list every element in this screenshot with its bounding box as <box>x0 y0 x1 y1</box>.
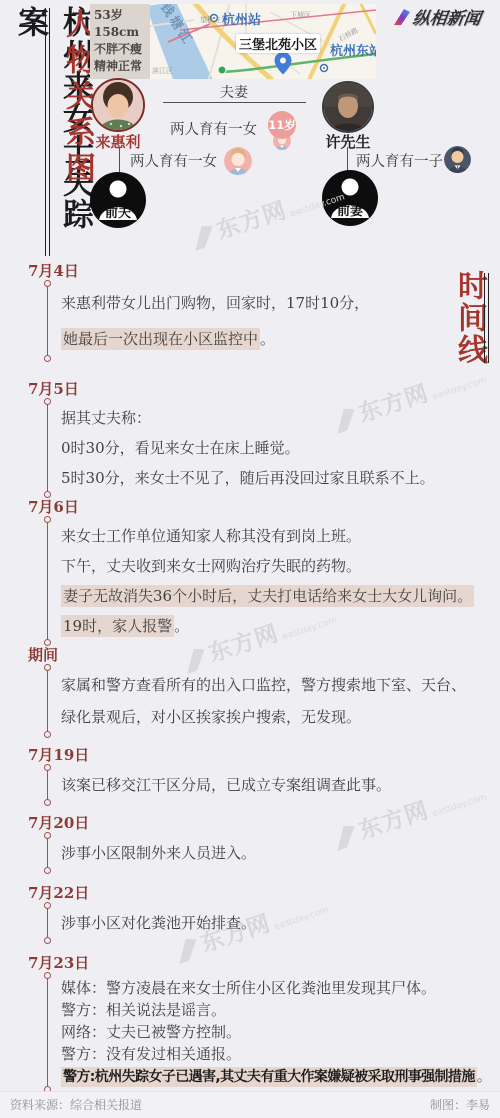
couple-connector-line <box>163 102 306 103</box>
timeline-rail <box>47 836 48 870</box>
timeline-dot-top <box>44 832 51 839</box>
timeline-text-line: 她最后一次出现在小区监控中。 <box>61 321 494 357</box>
profile-age: 53岁 <box>94 7 150 24</box>
timeline-dot-top <box>44 398 51 405</box>
timeline-text-line: 媒体：警方凌晨在来女士所住小区化粪池里发现其尸体。 <box>61 977 494 999</box>
ex-wife-label: 前妻 <box>337 203 364 219</box>
timeline-dot-top <box>44 902 51 909</box>
timeline-date: 7月19日 <box>28 744 481 764</box>
timeline-date: 7月4日 <box>28 260 481 280</box>
eastday-swoosh-icon <box>188 223 218 251</box>
timeline-text-line: 5时30分，来女士不见了，随后再没回过家且联系不上。 <box>61 463 494 493</box>
wife-ex-child-text: 两人育有一女 <box>130 150 217 171</box>
map-label-hangzhou-station: 杭州站 <box>222 9 261 28</box>
map-label-community: 三堡北苑小区 <box>236 34 320 53</box>
location-map: 钱塘江 望秋立交 杭州站 下城区 石桥路 三堡北苑小区 杭州东站 滨江区 <box>150 4 376 79</box>
timeline-date: 7月6日 <box>28 496 481 516</box>
timeline-events: 7月4日 来惠利带女儿出门购物，回家时，17时10分，她最后一次出现在小区监控中… <box>0 260 500 1091</box>
timeline-text-line: 警方:杭州失踪女子已遇害,其丈夫有重大作案嫌疑被采取刑事强制措施。 <box>61 1065 494 1088</box>
husband-ex-child-text: 两人育有一子 <box>356 150 443 171</box>
infographic-page: 杭州来女士失踪案 人物关系图 53岁 158cm 不胖不瘦 精神正常 <box>0 0 500 1118</box>
timeline-rail <box>47 284 48 358</box>
ex-husband-label: 前夫 <box>105 205 131 221</box>
timeline-text-line: 据其丈夫称： <box>61 403 494 433</box>
timeline-dot-top <box>44 664 51 671</box>
couple-label: 夫妻 <box>204 82 264 102</box>
husband-photo <box>322 81 374 133</box>
timeline-text-line: 下午，丈夫收到来女士网购治疗失眠的药物。 <box>61 551 494 581</box>
timeline-rail <box>47 402 48 494</box>
timeline-dot-top <box>44 280 51 287</box>
timeline-rail <box>47 976 48 1089</box>
timeline-text-line: 来女士工作单位通知家人称其没有到岗上班。 <box>61 521 494 551</box>
timeline-event: 7月19日 该案已移交江干区分局，已成立专案组调查此事。 <box>0 744 500 804</box>
logo-swoosh-icon <box>392 7 412 27</box>
title-divider <box>45 8 50 256</box>
profile-height: 158cm <box>94 24 150 41</box>
timeline-text-line: 涉事小区限制外来人员进入。 <box>61 837 494 869</box>
timeline-dot-bottom <box>44 799 51 806</box>
daughter-icon <box>224 147 252 175</box>
profile-build: 不胖不瘦 <box>94 41 150 58</box>
timeline-rail <box>47 768 48 802</box>
timeline-event: 7月5日 据其丈夫称：0时30分，看见来女士在床上睡觉。5时30分，来女士不见了… <box>0 378 500 496</box>
wife-photo <box>91 78 145 132</box>
wife-name: 来惠利 <box>86 131 150 152</box>
timeline-dot-bottom <box>44 731 51 738</box>
timeline-text-line: 绿化景观后，对小区挨家挨户搜索，无发现。 <box>61 701 494 733</box>
timeline-event: 7月6日 来女士工作单位通知家人称其没有到岗上班。下午，丈夫收到来女士网购治疗失… <box>0 496 500 644</box>
timeline-rail <box>47 906 48 940</box>
couple-child-text: 两人育有一女 <box>170 118 257 139</box>
timeline-rail <box>47 520 48 642</box>
husband-ex-connector-line <box>347 147 348 171</box>
timeline-date: 7月22日 <box>28 882 481 902</box>
timeline-date: 7月20日 <box>28 812 481 832</box>
timeline-text-line: 0时30分，看见来女士在床上睡觉。 <box>61 433 494 463</box>
ex-wife-avatar: 前妻 <box>322 170 378 226</box>
timeline-event: 7月4日 来惠利带女儿出门购物，回家时，17时10分，她最后一次出现在小区监控中… <box>0 260 500 360</box>
source-credit: 资料来源：综合相关报道 <box>10 1092 142 1118</box>
timeline-text-line: 妻子无故消失36个小时后，丈夫打电话给来女士大女儿询问。 <box>61 581 494 611</box>
victim-profile-box: 53岁 158cm 不胖不瘦 精神正常 <box>90 4 150 79</box>
profile-mental: 精神正常 <box>94 58 150 75</box>
map-label-east-station: 杭州东站 <box>330 44 360 59</box>
timeline-rail <box>47 668 48 734</box>
timeline-text-line: 来惠利带女儿出门购物，回家时，17时10分， <box>61 285 494 321</box>
map-label-district-bottom: 滨江区 <box>152 66 173 76</box>
timeline-event: 期间 家属和警方查看所有的出入口监控，警方搜索地下室、天台、绿化景观后，对小区挨… <box>0 644 500 736</box>
son-icon <box>444 146 471 173</box>
ex-husband-avatar: 前夫 <box>90 172 146 228</box>
timeline-dot-bottom <box>44 355 51 362</box>
timeline-event: 7月20日 涉事小区限制外来人员进入。 <box>0 812 500 872</box>
map-label-district: 下城区 <box>290 10 311 20</box>
timeline-dot-bottom <box>44 867 51 874</box>
timeline-date: 期间 <box>28 644 481 664</box>
timeline-date: 7月23日 <box>28 952 481 972</box>
footer: 资料来源：综合相关报道 制图：李易 <box>0 1091 500 1118</box>
timeline-text-line: 警方：没有发过相关通报。 <box>61 1043 494 1065</box>
timeline-text-line: 警方：相关说法是谣言。 <box>61 999 494 1021</box>
news-logo: 纵相新闻 <box>392 4 481 29</box>
timeline-event: 7月22日 涉事小区对化粪池开始排查。 <box>0 882 500 942</box>
husband-name: 许先生 <box>319 131 377 152</box>
timeline-text-line: 涉事小区对化粪池开始排查。 <box>61 907 494 939</box>
logo-text: 纵相新闻 <box>411 4 483 29</box>
wife-ex-connector-line <box>119 147 120 172</box>
designer-credit: 制图：李易 <box>430 1092 490 1118</box>
timeline-text-line: 网络：丈夫已被警方控制。 <box>61 1021 494 1043</box>
timeline-text-line: 19时，家人报警。 <box>61 611 494 641</box>
timeline-event: 7月23日 媒体：警方凌晨在来女士所住小区化粪池里发现其尸体。警方：相关说法是谣… <box>0 952 500 1091</box>
timeline-date: 7月5日 <box>28 378 481 398</box>
timeline-dot-top <box>44 972 51 979</box>
timeline-text-line: 该案已移交江干区分局，已成立专案组调查此事。 <box>61 769 494 801</box>
daughter-age-badge: 11岁 <box>268 111 296 139</box>
timeline-text-line: 家属和警方查看所有的出入口监控，警方搜索地下室、天台、 <box>61 669 494 701</box>
timeline-dot-top <box>44 516 51 523</box>
timeline-dot-bottom <box>44 937 51 944</box>
metro-stop-dot <box>218 66 226 74</box>
timeline-dot-top <box>44 764 51 771</box>
